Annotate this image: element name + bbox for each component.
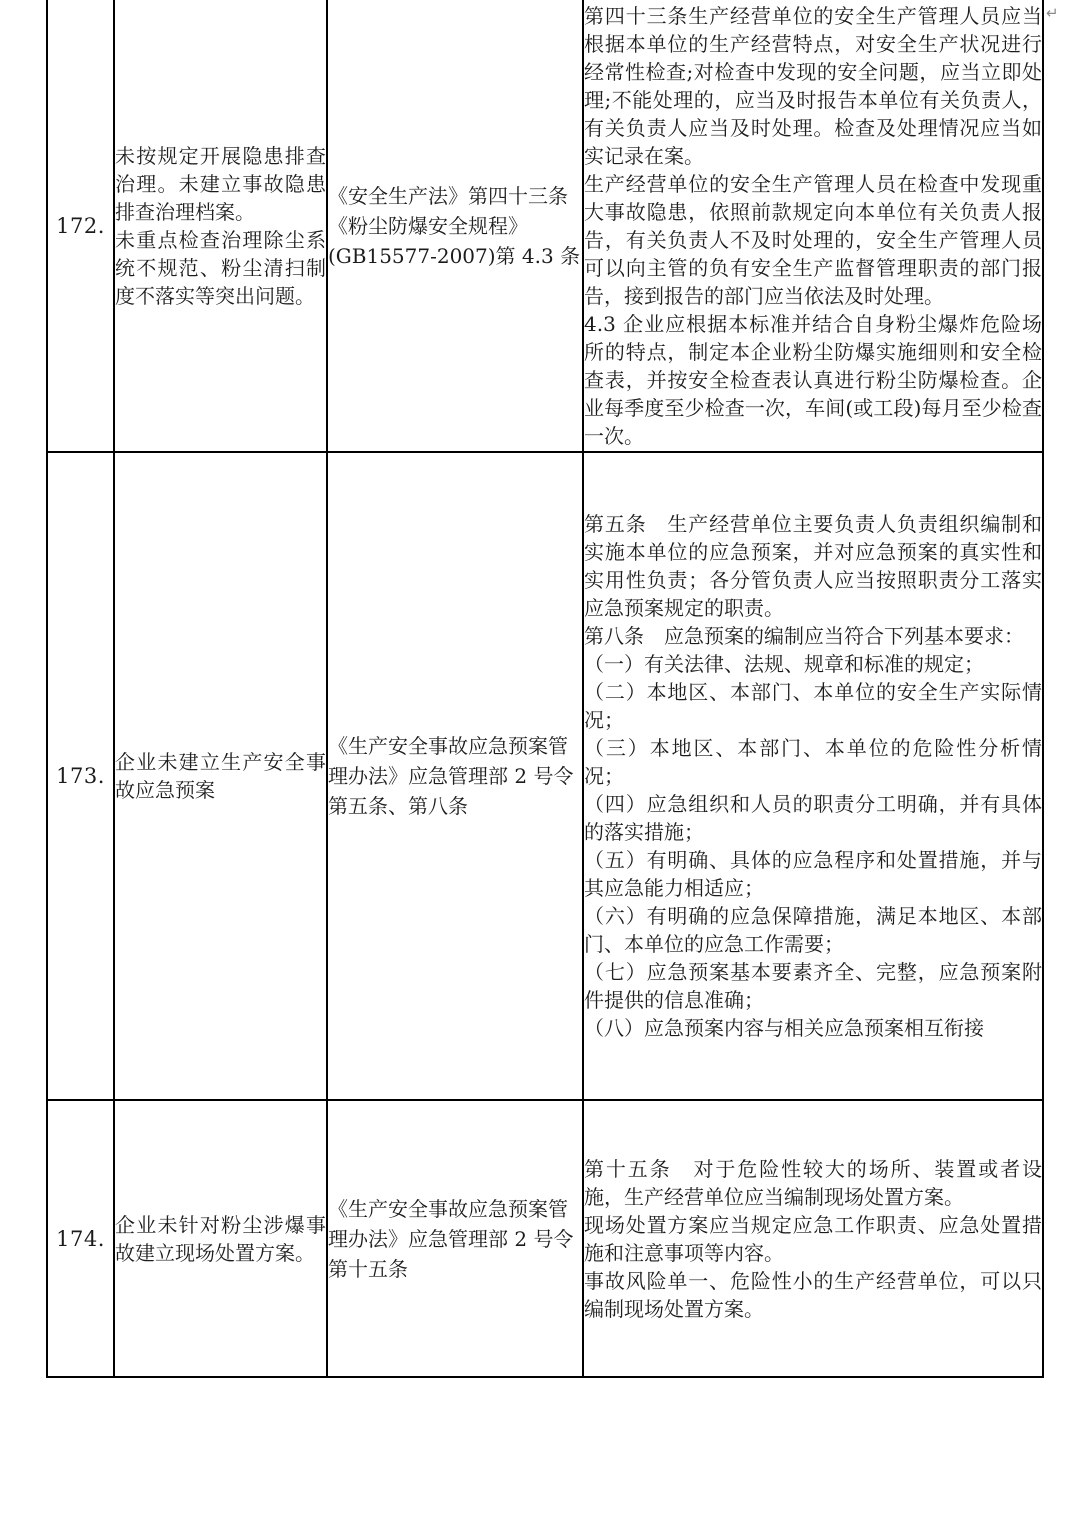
regulation-detail-cell: 第五条 生产经营单位主要负责人负责组织编制和实施本单位的应急预案，并对应急预案的… — [583, 452, 1043, 1100]
table-row-174: 174. 企业未针对粉尘涉爆事故建立现场处置方案。 《生产安全事故应急预案管理办… — [47, 1100, 1043, 1377]
regulation-detail-cell: 第四十三条生产经营单位的安全生产管理人员应当根据本单位的生产经营特点，对安全生产… — [583, 0, 1043, 452]
row-number-cell: 172. — [47, 0, 114, 452]
row-number-cell: 173. — [47, 452, 114, 1100]
paragraph-mark: ↵ — [1046, 4, 1059, 22]
legal-basis-cell: 《生产安全事故应急预案管理办法》应急管理部 2 号令第十五条 — [327, 1100, 583, 1377]
regulation-detail-cell: 第十五条 对于危险性较大的场所、装置或者设施，生产经营单位应当编制现场处置方案。… — [583, 1100, 1043, 1377]
problem-description-cell: 企业未建立生产安全事故应急预案 — [114, 452, 327, 1100]
legal-basis-cell: 《生产安全事故应急预案管理办法》应急管理部 2 号令第五条、第八条 — [327, 452, 583, 1100]
row-number-cell: 174. — [47, 1100, 114, 1377]
problem-description-cell: 企业未针对粉尘涉爆事故建立现场处置方案。 — [114, 1100, 327, 1377]
problem-description-cell: 未按规定开展隐患排查治理。未建立事故隐患排查治理档案。 未重点检查治理除尘系统不… — [114, 0, 327, 452]
legal-basis-cell: 《安全生产法》第四十三条 《粉尘防爆安全规程》(GB15577-2007)第 4… — [327, 0, 583, 452]
table-row-172: 172. 未按规定开展隐患排查治理。未建立事故隐患排查治理档案。 未重点检查治理… — [47, 0, 1043, 452]
violation-checklist-table: 172. 未按规定开展隐患排查治理。未建立事故隐患排查治理档案。 未重点检查治理… — [46, 0, 1044, 1378]
table-row-173: 173. 企业未建立生产安全事故应急预案 《生产安全事故应急预案管理办法》应急管… — [47, 452, 1043, 1100]
